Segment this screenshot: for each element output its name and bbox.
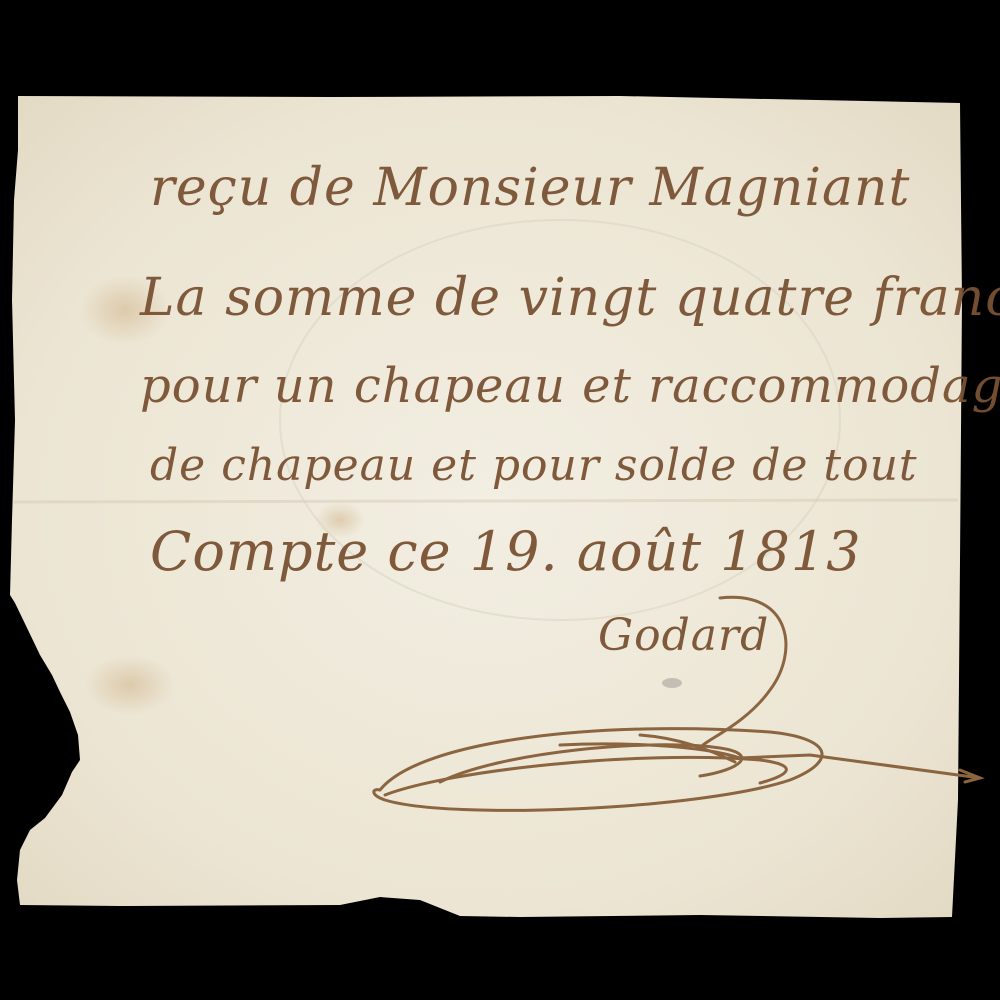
signature-flourish bbox=[0, 0, 1000, 1000]
receipt-paper: reçu de Monsieur Magniant La somme de vi… bbox=[0, 0, 1000, 1000]
